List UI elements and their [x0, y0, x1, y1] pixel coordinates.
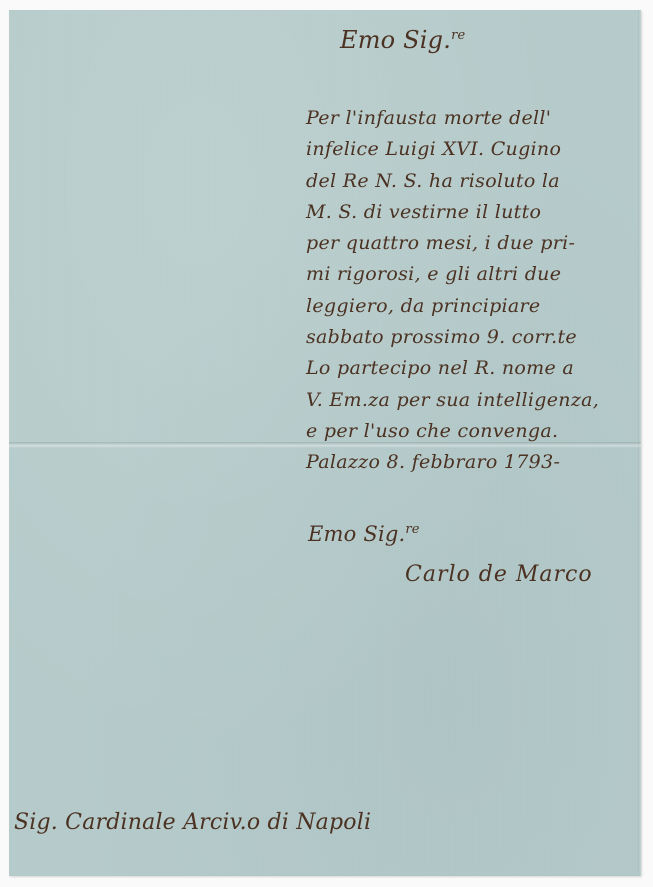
closing-text: Emo Sig. — [308, 522, 405, 546]
salutation-text: Emo Sig. — [340, 26, 451, 54]
paper-edge — [638, 10, 641, 876]
closing-superscript: re — [405, 522, 419, 537]
signature: Carlo de Marco — [405, 562, 593, 587]
addressee: Sig. Cardinale Arciv.o di Napoli — [14, 810, 371, 835]
closing-salutation: Emo Sig.re — [308, 522, 420, 546]
letter-body: Per l'infausta morte dell' infelice Luig… — [306, 103, 636, 479]
body-line: M. S. di vestirne il lutto — [306, 197, 636, 228]
body-line: sabbato prossimo 9. corr.te — [306, 322, 636, 353]
body-line: per quattro mesi, i due pri- — [306, 228, 636, 259]
body-line: leggiero, da principiare — [306, 291, 636, 322]
body-line: mi rigorosi, e gli altri due — [306, 259, 636, 290]
body-line: infelice Luigi XVI. Cugino — [306, 134, 636, 165]
body-line: V. Em.za per sua intelligenza, — [306, 385, 636, 416]
salutation: Emo Sig.re — [340, 26, 465, 54]
body-line: Per l'infausta morte dell' — [306, 103, 636, 134]
salutation-superscript: re — [451, 28, 465, 43]
body-line: del Re N. S. ha risoluto la — [306, 166, 636, 197]
body-line: e per l'uso che convenga. — [306, 416, 636, 447]
body-line: Lo partecipo nel R. nome a — [306, 353, 636, 384]
body-line-date: Palazzo 8. febbraro 1793- — [306, 447, 636, 478]
